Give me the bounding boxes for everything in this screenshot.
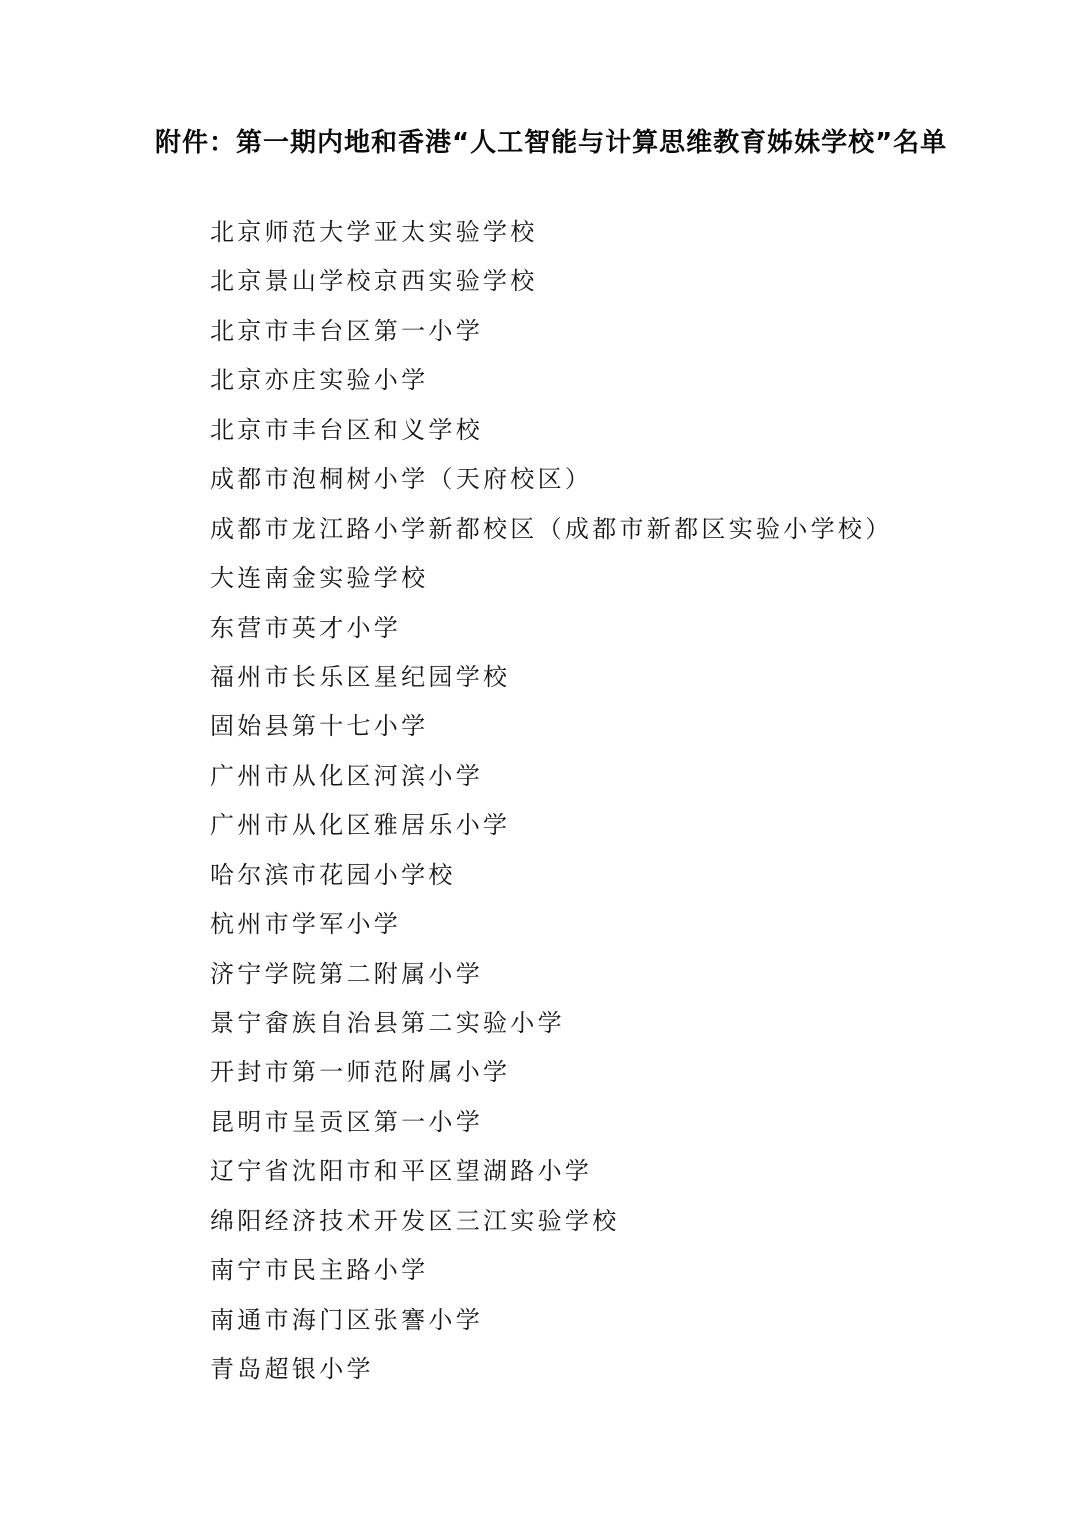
school-list-item: 哈尔滨市花园小学校 <box>210 855 893 904</box>
document-title: 附件：第一期内地和香港“人工智能与计算思维教育姊妹学校”名单 <box>155 124 915 162</box>
school-list-item: 绵阳经济技术开发区三江实验学校 <box>210 1201 893 1250</box>
school-list-item: 广州市从化区河滨小学 <box>210 756 893 805</box>
school-list-item: 昆明市呈贡区第一小学 <box>210 1102 893 1151</box>
school-list-item: 大连南金实验学校 <box>210 558 893 607</box>
school-list-item: 济宁学院第二附属小学 <box>210 954 893 1003</box>
school-list-item: 广州市从化区雅居乐小学 <box>210 805 893 854</box>
school-list-item: 杭州市学军小学 <box>210 904 893 953</box>
school-list-item: 南通市海门区张謇小学 <box>210 1300 893 1349</box>
school-list-item: 固始县第十七小学 <box>210 706 893 755</box>
school-list-item: 成都市龙江路小学新都校区（成都市新都区实验小学校） <box>210 509 893 558</box>
school-list-item: 东营市英才小学 <box>210 608 893 657</box>
school-list-item: 辽宁省沈阳市和平区望湖路小学 <box>210 1151 893 1200</box>
school-list-item: 北京市丰台区第一小学 <box>210 311 893 360</box>
school-list-item: 成都市泡桐树小学（天府校区） <box>210 459 893 508</box>
document-page: 附件：第一期内地和香港“人工智能与计算思维教育姊妹学校”名单 北京师范大学亚太实… <box>0 0 1080 1528</box>
school-list: 北京师范大学亚太实验学校 北京景山学校京西实验学校 北京市丰台区第一小学 北京亦… <box>210 212 893 1399</box>
school-list-item: 南宁市民主路小学 <box>210 1250 893 1299</box>
school-list-item: 青岛超银小学 <box>210 1349 893 1398</box>
school-list-item: 北京师范大学亚太实验学校 <box>210 212 893 261</box>
school-list-item: 北京亦庄实验小学 <box>210 360 893 409</box>
school-list-item: 景宁畲族自治县第二实验小学 <box>210 1003 893 1052</box>
school-list-item: 北京市丰台区和义学校 <box>210 410 893 459</box>
school-list-item: 福州市长乐区星纪园学校 <box>210 657 893 706</box>
school-list-item: 北京景山学校京西实验学校 <box>210 261 893 310</box>
school-list-item: 开封市第一师范附属小学 <box>210 1052 893 1101</box>
